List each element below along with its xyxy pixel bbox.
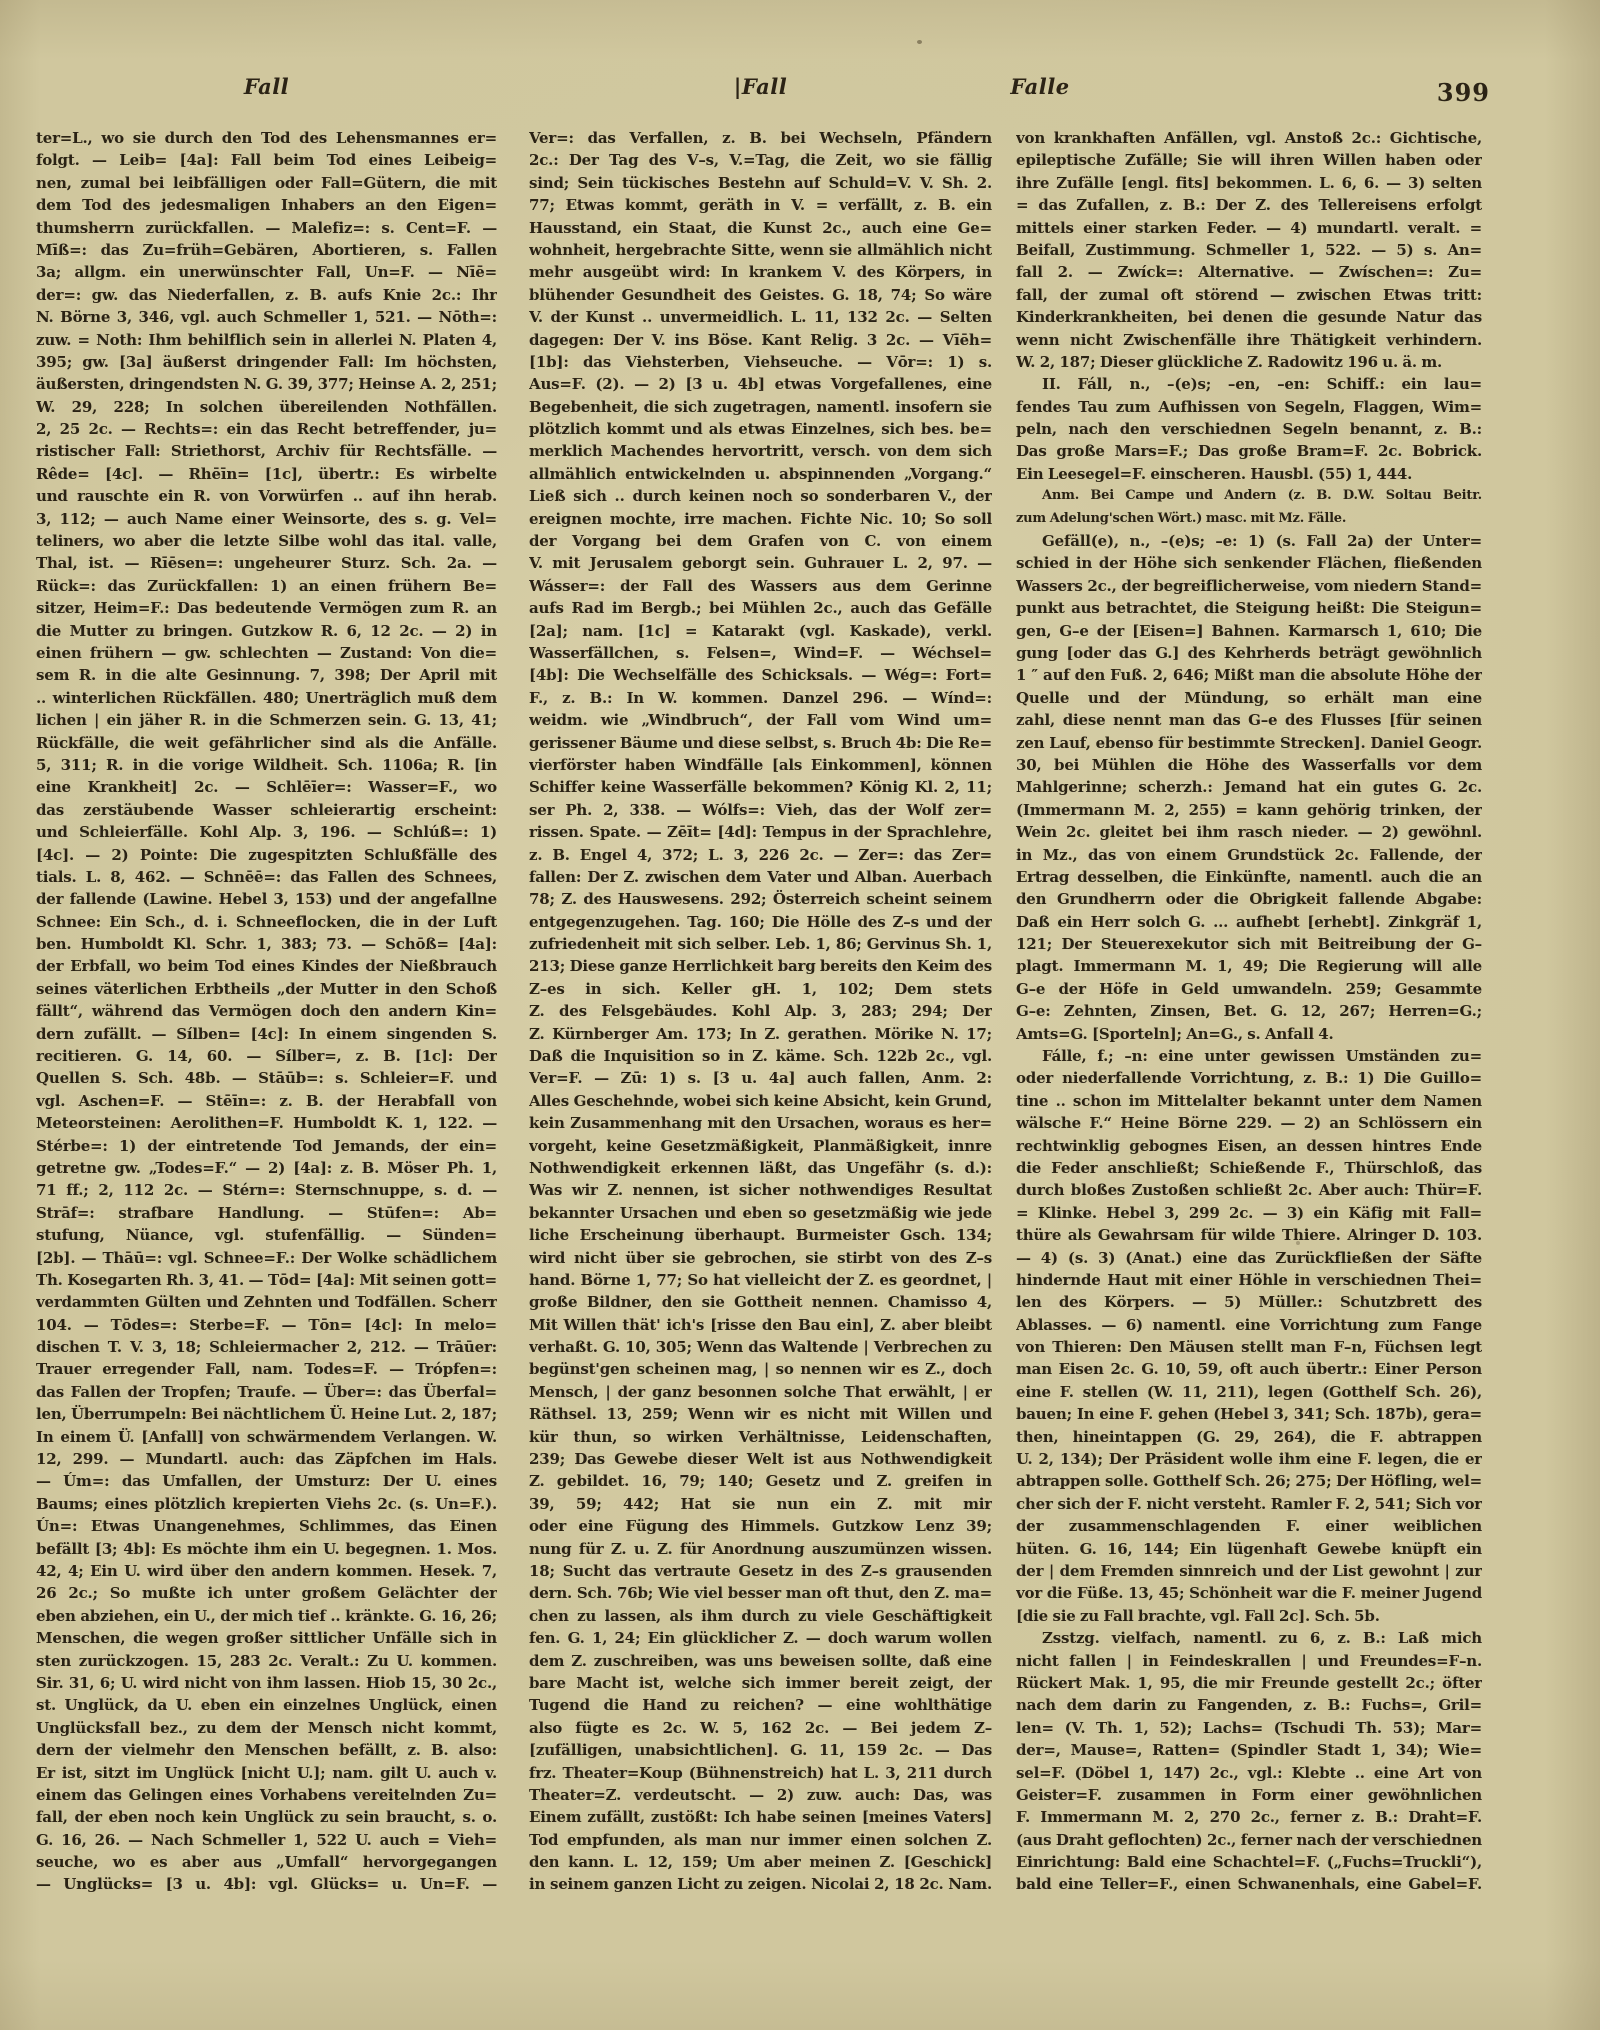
text-line: Ablasses. — 6) namentl. eine Vorrichtung…	[1016, 1314, 1482, 1336]
text-line: einem das Gelingen eines Vorhabens verei…	[36, 1784, 497, 1806]
text-line: U. 2, 134); Der Präsident wolle ihm eine…	[1016, 1448, 1482, 1470]
text-line: plötzlich kommt und als etwas Einzelnes,…	[529, 418, 992, 440]
text-line: fen. G. 1, 24; Ein glücklicher Z. — doch…	[529, 1627, 992, 1649]
text-line: den kann. L. 12, 159; Um aber meinen Z. …	[529, 1851, 992, 1873]
text-line: G–e: Zehnten, Zinsen, Bet. G. 12, 267; H…	[1016, 1000, 1482, 1022]
text-line: Stérbe=: 1) der eintretende Tod Jemands,…	[36, 1135, 497, 1157]
text-line: then, hineintappen (G. 29, 264), die F. …	[1016, 1426, 1482, 1448]
text-line: tials. L. 8, 462. — Schnēē=: das Fallen …	[36, 866, 497, 888]
text-line: 3, 112; — auch Name einer Weinsorte, des…	[36, 508, 497, 530]
text-line: eine Krankheit] 2c. — Schlēīer=: Wasser=…	[36, 776, 497, 798]
text-line: [4b]: Die Wechselfälle des Schicksals. —…	[529, 664, 992, 686]
text-line: ben. Humboldt Kl. Schr. 1, 383; 73. — Sc…	[36, 933, 497, 955]
text-line: V. der Kunst .. unvermeidlich. L. 11, 13…	[529, 306, 992, 328]
text-line: G–e der Höfe in Geld umwandeln. 259; Ges…	[1016, 978, 1482, 1000]
text-line: der Vorgang bei dem Grafen von C. von ei…	[529, 530, 992, 552]
text-column-1: ter=L., wo sie durch den Tod des Lehensm…	[36, 127, 497, 1896]
text-line: Mīß=: das Zu=früh=Gebären, Abortieren, s…	[36, 239, 497, 261]
text-line: ihre Zufälle [engl. fits] bekommen. L. 6…	[1016, 172, 1482, 194]
text-line: Ließ sich .. durch keinen noch so sonder…	[529, 485, 992, 507]
text-line: 395; gw. [3a] äußerst dringender Fall: I…	[36, 351, 497, 373]
text-line: Zsstzg. vielfach, namentl. zu 6, z. B.: …	[1016, 1627, 1482, 1649]
text-column-2: Ver=: das Verfallen, z. B. bei Wechseln,…	[529, 127, 992, 1896]
text-line: epileptische Zufälle; Sie will ihren Wil…	[1016, 149, 1482, 171]
text-line: Menschen, die wegen großer sittlicher Un…	[36, 1627, 497, 1649]
text-line: in seinem ganzen Licht zu zeigen. Nicola…	[529, 1873, 992, 1895]
text-line: die Mutter zu bringen. Gutzkow R. 6, 12 …	[36, 620, 497, 642]
text-line: recitieren. G. 14, 60. — Sílber=, z. B. …	[36, 1045, 497, 1067]
text-line: 3a; allgm. ein unerwünschter Fall, Un=F.…	[36, 261, 497, 283]
text-line: bald eine Teller=F., einen Schwanenhals,…	[1016, 1873, 1482, 1895]
text-line: ser Ph. 2, 338. — Wólfs=: Vieh, das der …	[529, 799, 992, 821]
text-line: gerissener Bäume und diese selbst, s. Br…	[529, 732, 992, 754]
text-line: Thal, ist. — Rīēsen=: ungeheurer Sturz. …	[36, 552, 497, 574]
text-line: ristischer Fall: Striethorst, Archiv für…	[36, 440, 497, 462]
text-line: (Immermann M. 2, 255) = kann gehörig tri…	[1016, 799, 1482, 821]
text-line: Mahlgerinne; scherzh.: Jemand hat ein gu…	[1016, 776, 1482, 798]
text-line: dischen T. V. 3, 18; Schleiermacher 2, 2…	[36, 1336, 497, 1358]
text-line: zen Lauf, ebenso für bestimmte Strecken]…	[1016, 732, 1482, 754]
text-line: Das große Mars=F.; Das große Bram=F. 2c.…	[1016, 440, 1482, 462]
text-line: 30, bei Mühlen die Höhe des Wasserfalls …	[1016, 754, 1482, 776]
text-line: zufriedenheit mit sich selber. Leb. 1, 8…	[529, 933, 992, 955]
text-line: eben abziehen, ein U., der mich tief .. …	[36, 1605, 497, 1627]
text-line: liche Erscheinung überhaupt. Burmeister …	[529, 1224, 992, 1246]
text-line: 121; Der Steuerexekutor sich mit Beitrei…	[1016, 933, 1482, 955]
text-line: zuw. = Noth: Ihm behilflich sein in alle…	[36, 329, 497, 351]
text-line: = Klinke. Hebel 3, 299 2c. — 3) ein Käfi…	[1016, 1202, 1482, 1224]
text-line: zahl, diese nennt man das G–e des Flusse…	[1016, 709, 1482, 731]
text-line: Beifall, Zustimmung. Schmeller 1, 522. —…	[1016, 239, 1482, 261]
text-line: [die sie zu Fall brachte, vgl. Fall 2c].…	[1016, 1605, 1482, 1627]
text-line: der fallende (Lawine. Hebel 3, 153) und …	[36, 888, 497, 910]
text-line: oder niederfallende Vorrichtung, z. B.: …	[1016, 1067, 1482, 1089]
text-line: G. 16, 26. — Nach Schmeller 1, 522 U. au…	[36, 1829, 497, 1851]
text-line: Ún=: Etwas Unangenehmes, Schlimmes, das …	[36, 1515, 497, 1537]
text-line: den Grundherrn oder die Obrigkeit fallen…	[1016, 888, 1482, 910]
text-line: Quelle und der Mündung, so erhält man ei…	[1016, 687, 1482, 709]
text-line: gen, G–e der [Eisen=] Bahnen. Karmarsch …	[1016, 620, 1482, 642]
text-line: 239; Das Gewebe dieser Welt ist aus Noth…	[529, 1448, 992, 1470]
text-line: große Bildner, den sie Gottheit nennen. …	[529, 1291, 992, 1313]
text-line: nen, zumal bei leibfälligen oder Fall=Gü…	[36, 172, 497, 194]
text-line: das zerstäubende Wasser schleierartig er…	[36, 799, 497, 821]
text-line: cher sich der F. nicht versteht. Ramler …	[1016, 1493, 1482, 1515]
text-line: Kinderkrankheiten, bei denen die gesunde…	[1016, 306, 1482, 328]
text-line: bare Macht ist, welche sich immer bereit…	[529, 1672, 992, 1694]
text-line: einen frühern — gw. schlechten — Zustand…	[36, 642, 497, 664]
text-line: 1 ″ auf den Fuß. 2, 646; Mißt man die ab…	[1016, 664, 1482, 686]
text-line: Wasserfällchen, s. Felsen=, Wind=F. — Wé…	[529, 642, 992, 664]
text-line: der=: gw. das Niederfallen, z. B. aufs K…	[36, 284, 497, 306]
text-line: Theater=Z. verdeutscht. — 2) zuw. auch: …	[529, 1784, 992, 1806]
text-line: ereignen mochte, irre machen. Fichte Nic…	[529, 508, 992, 530]
text-line: Z–es in sich. Keller gH. 1, 102; Dem ste…	[529, 978, 992, 1000]
text-line: F. Immermann M. 2, 270 2c., ferner z. B.…	[1016, 1806, 1482, 1828]
text-line: [2b]. — Thāū=: vgl. Schnee=F.: Der Wolke…	[36, 1247, 497, 1269]
text-line: — Úm=: das Umfallen, der Umsturz: Der U.…	[36, 1470, 497, 1492]
text-line: Quellen S. Sch. 48b. — Stāūb=: s. Schlei…	[36, 1067, 497, 1089]
text-line: dagegen: Der V. ins Böse. Kant Relig. 3 …	[529, 329, 992, 351]
text-line: das Fallen der Tropfen; Traufe. — Über=:…	[36, 1381, 497, 1403]
text-line: Daß die Inquisition so in Z. käme. Sch. …	[529, 1045, 992, 1067]
text-line: begünst'gen scheinen mag, | so nennen wi…	[529, 1358, 992, 1380]
running-title-left: Fall	[36, 74, 497, 100]
text-line: Rück=: das Zurückfallen: 1) an einen frü…	[36, 575, 497, 597]
text-line: bekannter Ursachen und eben so gesetzmäß…	[529, 1202, 992, 1224]
text-line: man Eisen 2c. G. 10, 59, oft auch übertr…	[1016, 1358, 1482, 1380]
text-line: N. Börne 3, 346, vgl. auch Schmeller 1, …	[36, 306, 497, 328]
text-line: Th. Kosegarten Rh. 3, 41. — Tōd= [4a]: M…	[36, 1269, 497, 1291]
text-line: Trauer erregender Fall, nam. Todes=F. — …	[36, 1358, 497, 1380]
text-line: dem Tod des jedesmaligen Inhabers an den…	[36, 194, 497, 216]
text-line: hand. Börne 1, 77; So hat vielleicht der…	[529, 1269, 992, 1291]
text-line: Daß ein Herr solch G. ... aufhebt [erheb…	[1016, 911, 1482, 933]
text-line: Räthsel. 13, 259; Wenn wir es nicht mit …	[529, 1403, 992, 1425]
text-line: also fügte es 2c. W. 5, 162 2c. — Bei je…	[529, 1717, 992, 1739]
text-line: vor die Füße. 13, 45; Schönheit war die …	[1016, 1582, 1482, 1604]
text-line: abtrappen solle. Gotthelf Sch. 26; 275; …	[1016, 1470, 1482, 1492]
text-line: weidm. wie „Windbruch“, der Fall vom Win…	[529, 709, 992, 731]
text-line: sitzer, Heim=F.: Das bedeutende Vermögen…	[36, 597, 497, 619]
text-line: Einem zufällt, zustößt: Ich habe seinen …	[529, 1806, 992, 1828]
text-line: [1b]: das Viehsterben, Viehseuche. — Vōr…	[529, 351, 992, 373]
text-line: getretne gw. „Todes=F.“ — 2) [4a]: z. B.…	[36, 1157, 497, 1179]
text-line: der zusammenschlagenden F. einer weiblic…	[1016, 1515, 1482, 1537]
text-line: dern der vielmehr den Menschen befällt, …	[36, 1739, 497, 1761]
text-line: fallen: Der Z. zwischen dem Vater und Al…	[529, 866, 992, 888]
text-line: fendes Tau zum Aufhissen von Segeln, Fla…	[1016, 396, 1482, 418]
text-line: chen zu lassen, als ihm durch zu viele G…	[529, 1605, 992, 1627]
text-line: seines väterlichen Erbtheils „der Mutter…	[36, 978, 497, 1000]
text-line: 213; Diese ganze Herrlichkeit barg berei…	[529, 955, 992, 977]
text-line: (aus Draht geflochten) 2c., ferner nach …	[1016, 1829, 1482, 1851]
text-line: vgl. Aschen=F. — Stēīn=: z. B. der Herab…	[36, 1090, 497, 1112]
text-line: Meteorsteinen: Aerolithen=F. Humboldt K.…	[36, 1112, 497, 1134]
text-line: merklich Machendes hervortritt, versch. …	[529, 440, 992, 462]
text-line: peln, nach den verschiednen Segeln benan…	[1016, 418, 1482, 440]
text-line: lichen | ein jäher R. in die Schmerzen s…	[36, 709, 497, 731]
text-line: Z. des Felsgebäudes. Kohl Alp. 3, 283; 2…	[529, 1000, 992, 1022]
text-line: Aus=F. (2). — 2) [3 u. 4b] etwas Vorgefa…	[529, 373, 992, 395]
text-line: stufung, Nüance, vgl. stufenfällig. — Sü…	[36, 1224, 497, 1246]
text-line: Ein Leesegel=F. einscheren. Hausbl. (55)…	[1016, 463, 1482, 485]
text-line: z. B. Engel 4, 372; L. 3, 226 2c. — Zer=…	[529, 844, 992, 866]
text-column-3: von krankhaften Anfällen, vgl. Anstoß 2c…	[1016, 127, 1482, 1896]
text-line: blühender Gesundheit des Geistes. G. 18,…	[529, 284, 992, 306]
text-line: äußersten, dringendsten N. G. 39, 377; H…	[36, 373, 497, 395]
text-line: vorgeht, keine Gesetzmäßigkeit, Planmäßi…	[529, 1135, 992, 1157]
text-line: sem R. in die alte Gesinnung. 7, 398; De…	[36, 664, 497, 686]
text-line: Amts=G. [Sporteln]; An=G., s. Anfall 4.	[1016, 1023, 1482, 1045]
text-line: — Unglücks= [3 u. 4b]: vgl. Glücks= u. U…	[36, 1873, 497, 1895]
text-line: die Feder anschließt; Schießende F., Thü…	[1016, 1157, 1482, 1179]
text-line: [zufälligen, unabsichtlichen]. G. 11, 15…	[529, 1739, 992, 1761]
running-title-right: Falle	[880, 74, 1200, 100]
text-line: gung [oder das G.] des Kehrherds beträgt…	[1016, 642, 1482, 664]
text-line: — 4) (s. 3) (Anat.) eine das Zurückfließ…	[1016, 1247, 1482, 1269]
text-line: Er ist, sitzt im Unglück [nicht U.]; nam…	[36, 1762, 497, 1784]
text-line: .. winterlichen Rückfällen. 480; Unerträ…	[36, 687, 497, 709]
text-line: verhaßt. G. 10, 305; Wenn das Waltende |…	[529, 1336, 992, 1358]
text-line: rechtwinklig gebognes Eisen, an dessen h…	[1016, 1135, 1482, 1157]
text-line: Geister=F. zusammen in Form einer gewöhn…	[1016, 1784, 1482, 1806]
text-line: Schnee: Ein Sch., d. i. Schneeflocken, d…	[36, 911, 497, 933]
text-line: 5, 311; R. in die vorige Wildheit. Sch. …	[36, 754, 497, 776]
text-line: Mensch, | der ganz besonnen solche That …	[529, 1381, 992, 1403]
text-line: W. 29, 228; In solchen übereilenden Noth…	[36, 396, 497, 418]
text-line: wird nicht über sie gebrochen, sie stirb…	[529, 1247, 992, 1269]
text-line: 39, 59; 442; Hat sie nun ein Z. mit mir …	[529, 1493, 992, 1515]
text-line: mittels einer starken Feder. — 4) mundar…	[1016, 217, 1482, 239]
text-line: W. 2, 187; Dieser glückliche Z. Radowitz…	[1016, 351, 1482, 373]
text-line: teliners, wo aber die letzte Silbe wohl …	[36, 530, 497, 552]
text-line: dern zufällt. — Sílben= [4c]: In einem s…	[36, 1023, 497, 1045]
text-line: Ver=F. — Zū: 1) s. [3 u. 4a] auch fallen…	[529, 1067, 992, 1089]
text-line: 26 2c.; So mußte ich unter großem Geläch…	[36, 1582, 497, 1604]
text-line: len= (V. Th. 1, 52); Lachs= (Tschudi Th.…	[1016, 1717, 1482, 1739]
page-number: 399	[1380, 78, 1490, 107]
text-line: wenn nicht Zwischenfälle ihre Thätigkeit…	[1016, 329, 1482, 351]
text-line: 104. — Tōdes=: Sterbe=F. — Tōn= [4c]: In…	[36, 1314, 497, 1336]
text-line: mehr ausgeübt wird: In krankem V. des Kö…	[529, 261, 992, 283]
text-line: dem Z. zuschreiben, was uns beweisen sol…	[529, 1650, 992, 1672]
text-line: Was wir Z. nennen, ist sicher nothwendig…	[529, 1179, 992, 1201]
text-line: sten zurückzogen. 15, 283 2c. Veralt.: Z…	[36, 1650, 497, 1672]
text-line: vierförster haben Windfälle [als Einkomm…	[529, 754, 992, 776]
text-line: tine .. schon im Mittelalter bekannt unt…	[1016, 1090, 1482, 1112]
text-line: 2c.: Der Tag des V–s, V.=Tag, die Zeit, …	[529, 149, 992, 171]
text-line: in Mz., das von einem Grundstück 2c. Fal…	[1016, 844, 1482, 866]
text-line: Nothwendigkeit erkennen läßt, das Ungefä…	[529, 1157, 992, 1179]
text-line: II. Fáll, n., –(e)s; –en, –en: Schiff.: …	[1016, 373, 1482, 395]
text-line: Schiffer keine Wasserfälle bekommen? Kön…	[529, 776, 992, 798]
text-line: Unglücksfall bez., zu dem der Mensch nic…	[36, 1717, 497, 1739]
text-line: 42, 4; Ein U. wird über den andern komme…	[36, 1560, 497, 1582]
text-line: punkt aus betrachtet, die Steigung heißt…	[1016, 597, 1482, 619]
text-line: thumsherrn zurückfallen. — Malefiz=: s. …	[36, 217, 497, 239]
text-line: bauen; In eine F. gehen (Hebel 3, 341; S…	[1016, 1403, 1482, 1425]
text-line: Tugend die Hand zu reichen? — eine wohlt…	[529, 1694, 992, 1716]
text-line: Z. Kürnberger Am. 173; In Z. gerathen. M…	[529, 1023, 992, 1045]
text-line: V. mit Jerusalem geborgt sein. Guhrauer …	[529, 552, 992, 574]
text-line: 77; Etwas kommt, geräth in V. = verfällt…	[529, 194, 992, 216]
text-line: nicht fallen | in Feindeskrallen | und F…	[1016, 1650, 1482, 1672]
text-line: befällt [3; 4b]: Es möchte ihm ein U. be…	[36, 1538, 497, 1560]
text-line: nach dem darin zu Fangenden, z. B.: Fuch…	[1016, 1694, 1482, 1716]
text-line: Hausstand, ein Staat, die Kunst 2c., auc…	[529, 217, 992, 239]
text-line: [2a]; nam. [1c] = Katarakt (vgl. Kaskade…	[529, 620, 992, 642]
text-line: durch bloßes Zustoßen schließt 2c. Aber …	[1016, 1179, 1482, 1201]
text-line: der Erbfall, wo beim Tod eines Kindes de…	[36, 955, 497, 977]
text-line: Wein 2c. gleitet bei ihm rasch nieder. —…	[1016, 821, 1482, 843]
text-line: folgt. — Leib= [4a]: Fall beim Tod eines…	[36, 149, 497, 171]
text-line: oder eine Fügung des Himmels. Gutzkow Le…	[529, 1515, 992, 1537]
text-line: hindernde Haut mit einer Höhle in versch…	[1016, 1269, 1482, 1291]
text-line: Sir. 31, 6; U. wird nicht von ihm lassen…	[36, 1672, 497, 1694]
text-line: schied in der Höhe sich senkender Fläche…	[1016, 552, 1482, 574]
text-line: Wassers 2c., der begreiflicherweise, vom…	[1016, 575, 1482, 597]
text-line: von Thieren: Den Mäusen stellt man F–n, …	[1016, 1336, 1482, 1358]
text-line: fall, der zumal oft störend — zwischen E…	[1016, 284, 1482, 306]
text-line: Tod empfunden, als man nur immer einen s…	[529, 1829, 992, 1851]
text-line: Ver=: das Verfallen, z. B. bei Wechseln,…	[529, 127, 992, 149]
text-line: Fálle, f.; –n: eine unter gewissen Umstä…	[1016, 1045, 1482, 1067]
text-line: In einem Ü. [Anfall] von schwärmendem Ve…	[36, 1426, 497, 1448]
text-line: len, Überrumpeln: Bei nächtlichem Ü. Hei…	[36, 1403, 497, 1425]
text-line: frz. Theater=Koup (Bühnenstreich) hat L.…	[529, 1762, 992, 1784]
text-line: zum Adelung'schen Wört.) masc. mit Mz. F…	[1016, 508, 1482, 530]
text-line: Strāf=: strafbare Handlung. — Stūfen=: A…	[36, 1202, 497, 1224]
text-line: ter=L., wo sie durch den Tod des Lehensm…	[36, 127, 497, 149]
text-line: F., z. B.: In W. kommen. Danzel 296. — W…	[529, 687, 992, 709]
text-line: nung für Z. u. Z. für Anordnung auszumün…	[529, 1538, 992, 1560]
text-line: allmählich entwickelnden u. abspinnenden…	[529, 463, 992, 485]
text-line: Rückfälle, die weit gefährlicher sind al…	[36, 732, 497, 754]
text-line: 2, 25 2c. — Rechts=: ein das Recht betre…	[36, 418, 497, 440]
text-line: fall, der eben noch kein Unglück zu sein…	[36, 1806, 497, 1828]
text-line: 71 ff.; 2, 112 2c. — Stérn=: Sternschnup…	[36, 1179, 497, 1201]
text-line: 12, 299. — Mundartl. auch: das Zäpfchen …	[36, 1448, 497, 1470]
text-line: len des Körpers. — 5) Müller.: Schutzbre…	[1016, 1291, 1482, 1313]
text-line: 18; Sucht das vertraute Gesetz in des Z–…	[529, 1560, 992, 1582]
text-line: von krankhaften Anfällen, vgl. Anstoß 2c…	[1016, 127, 1482, 149]
text-line: 78; Z. des Hauswesens. 292; Österreich s…	[529, 888, 992, 910]
text-line: st. Unglück, da U. eben ein einzelnes Un…	[36, 1694, 497, 1716]
text-line: wohnheit, hergebrachte Sitte, wenn sie a…	[529, 239, 992, 261]
text-line: plagt. Immermann M. 1, 49; Die Regierung…	[1016, 955, 1482, 977]
text-line: fall 2. — Zwíck=: Alternative. — Zwísche…	[1016, 261, 1482, 283]
text-line: Rêde= [4c]. — Rhēīn= [1c], übertr.: Es w…	[36, 463, 497, 485]
text-line: Gefäll(e), n., –(e)s; –e: 1) (s. Fall 2a…	[1016, 530, 1482, 552]
text-line: thüre als Gewahrsam für wilde Thiere. Al…	[1016, 1224, 1482, 1246]
text-line: Rückert Mak. 1, 95, die mir Freunde gest…	[1016, 1672, 1482, 1694]
text-line: fällt“, während das Vermögen doch den an…	[36, 1000, 497, 1022]
text-line: kein Zusammenhang mit den Ursachen, wora…	[529, 1112, 992, 1134]
text-line: und rauschte ein R. von Vorwürfen .. auf…	[36, 485, 497, 507]
text-line: Alles Geschehnde, wobei sich keine Absic…	[529, 1090, 992, 1112]
text-line: entgegenzugehen. Tag. 160; Die Hölle des…	[529, 911, 992, 933]
text-line: eine F. stellen (W. 11, 211), legen (Got…	[1016, 1381, 1482, 1403]
text-line: und Schleierfälle. Kohl Alp. 3, 196. — S…	[36, 821, 497, 843]
text-line: kür thun, so wirken Verhältnisse, Leiden…	[529, 1426, 992, 1448]
text-line: der=, Mause=, Ratten= (Spindler Stadt 1,…	[1016, 1739, 1482, 1761]
text-line: dern. Sch. 76b; Wie viel besser man oft …	[529, 1582, 992, 1604]
text-line: [4c]. — 2) Pointe: Die zugespitzten Schl…	[36, 844, 497, 866]
text-line: Einrichtung: Bald eine Schachtel=F. („Fu…	[1016, 1851, 1482, 1873]
text-line: rissen. Spate. — Zēīt= [4d]: Tempus in d…	[529, 821, 992, 843]
text-line: Baums; eines plötzlich krepierten Viehs …	[36, 1493, 497, 1515]
paper-speck	[917, 40, 922, 44]
text-line: Ertrag desselben, die Einkünfte, namentl…	[1016, 866, 1482, 888]
text-line: der | dem Fremden sinnreich und der List…	[1016, 1560, 1482, 1582]
text-line: Mit Willen thät' ich's [risse den Bau ei…	[529, 1314, 992, 1336]
text-line: sel=F. (Döbel 1, 147) 2c., vgl.: Klebte …	[1016, 1762, 1482, 1784]
text-line: sind; Sein tückisches Bestehn auf Schuld…	[529, 172, 992, 194]
text-line: verdammten Gülten und Zehnten und Todfäl…	[36, 1291, 497, 1313]
text-line: aufs Rad im Bergb.; bei Mühlen 2c., auch…	[529, 597, 992, 619]
text-line: Begebenheit, die sich zugetragen, nament…	[529, 396, 992, 418]
text-line: Anm. Bei Campe und Andern (z. B. D.W. So…	[1016, 485, 1482, 507]
text-line: = das Zufallen, z. B.: Der Z. des Teller…	[1016, 194, 1482, 216]
text-line: hüten. G. 16, 144; Ein lügenhaft Gewebe …	[1016, 1538, 1482, 1560]
text-line: Wásser=: der Fall des Wassers aus dem Ge…	[529, 575, 992, 597]
text-line: Z. gebildet. 16, 79; 140; Gesetz und Z. …	[529, 1470, 992, 1492]
text-line: wälsche F.“ Heine Börne 229. — 2) an Sch…	[1016, 1112, 1482, 1134]
text-line: seuche, wo es aber aus „Umfall“ hervorge…	[36, 1851, 497, 1873]
